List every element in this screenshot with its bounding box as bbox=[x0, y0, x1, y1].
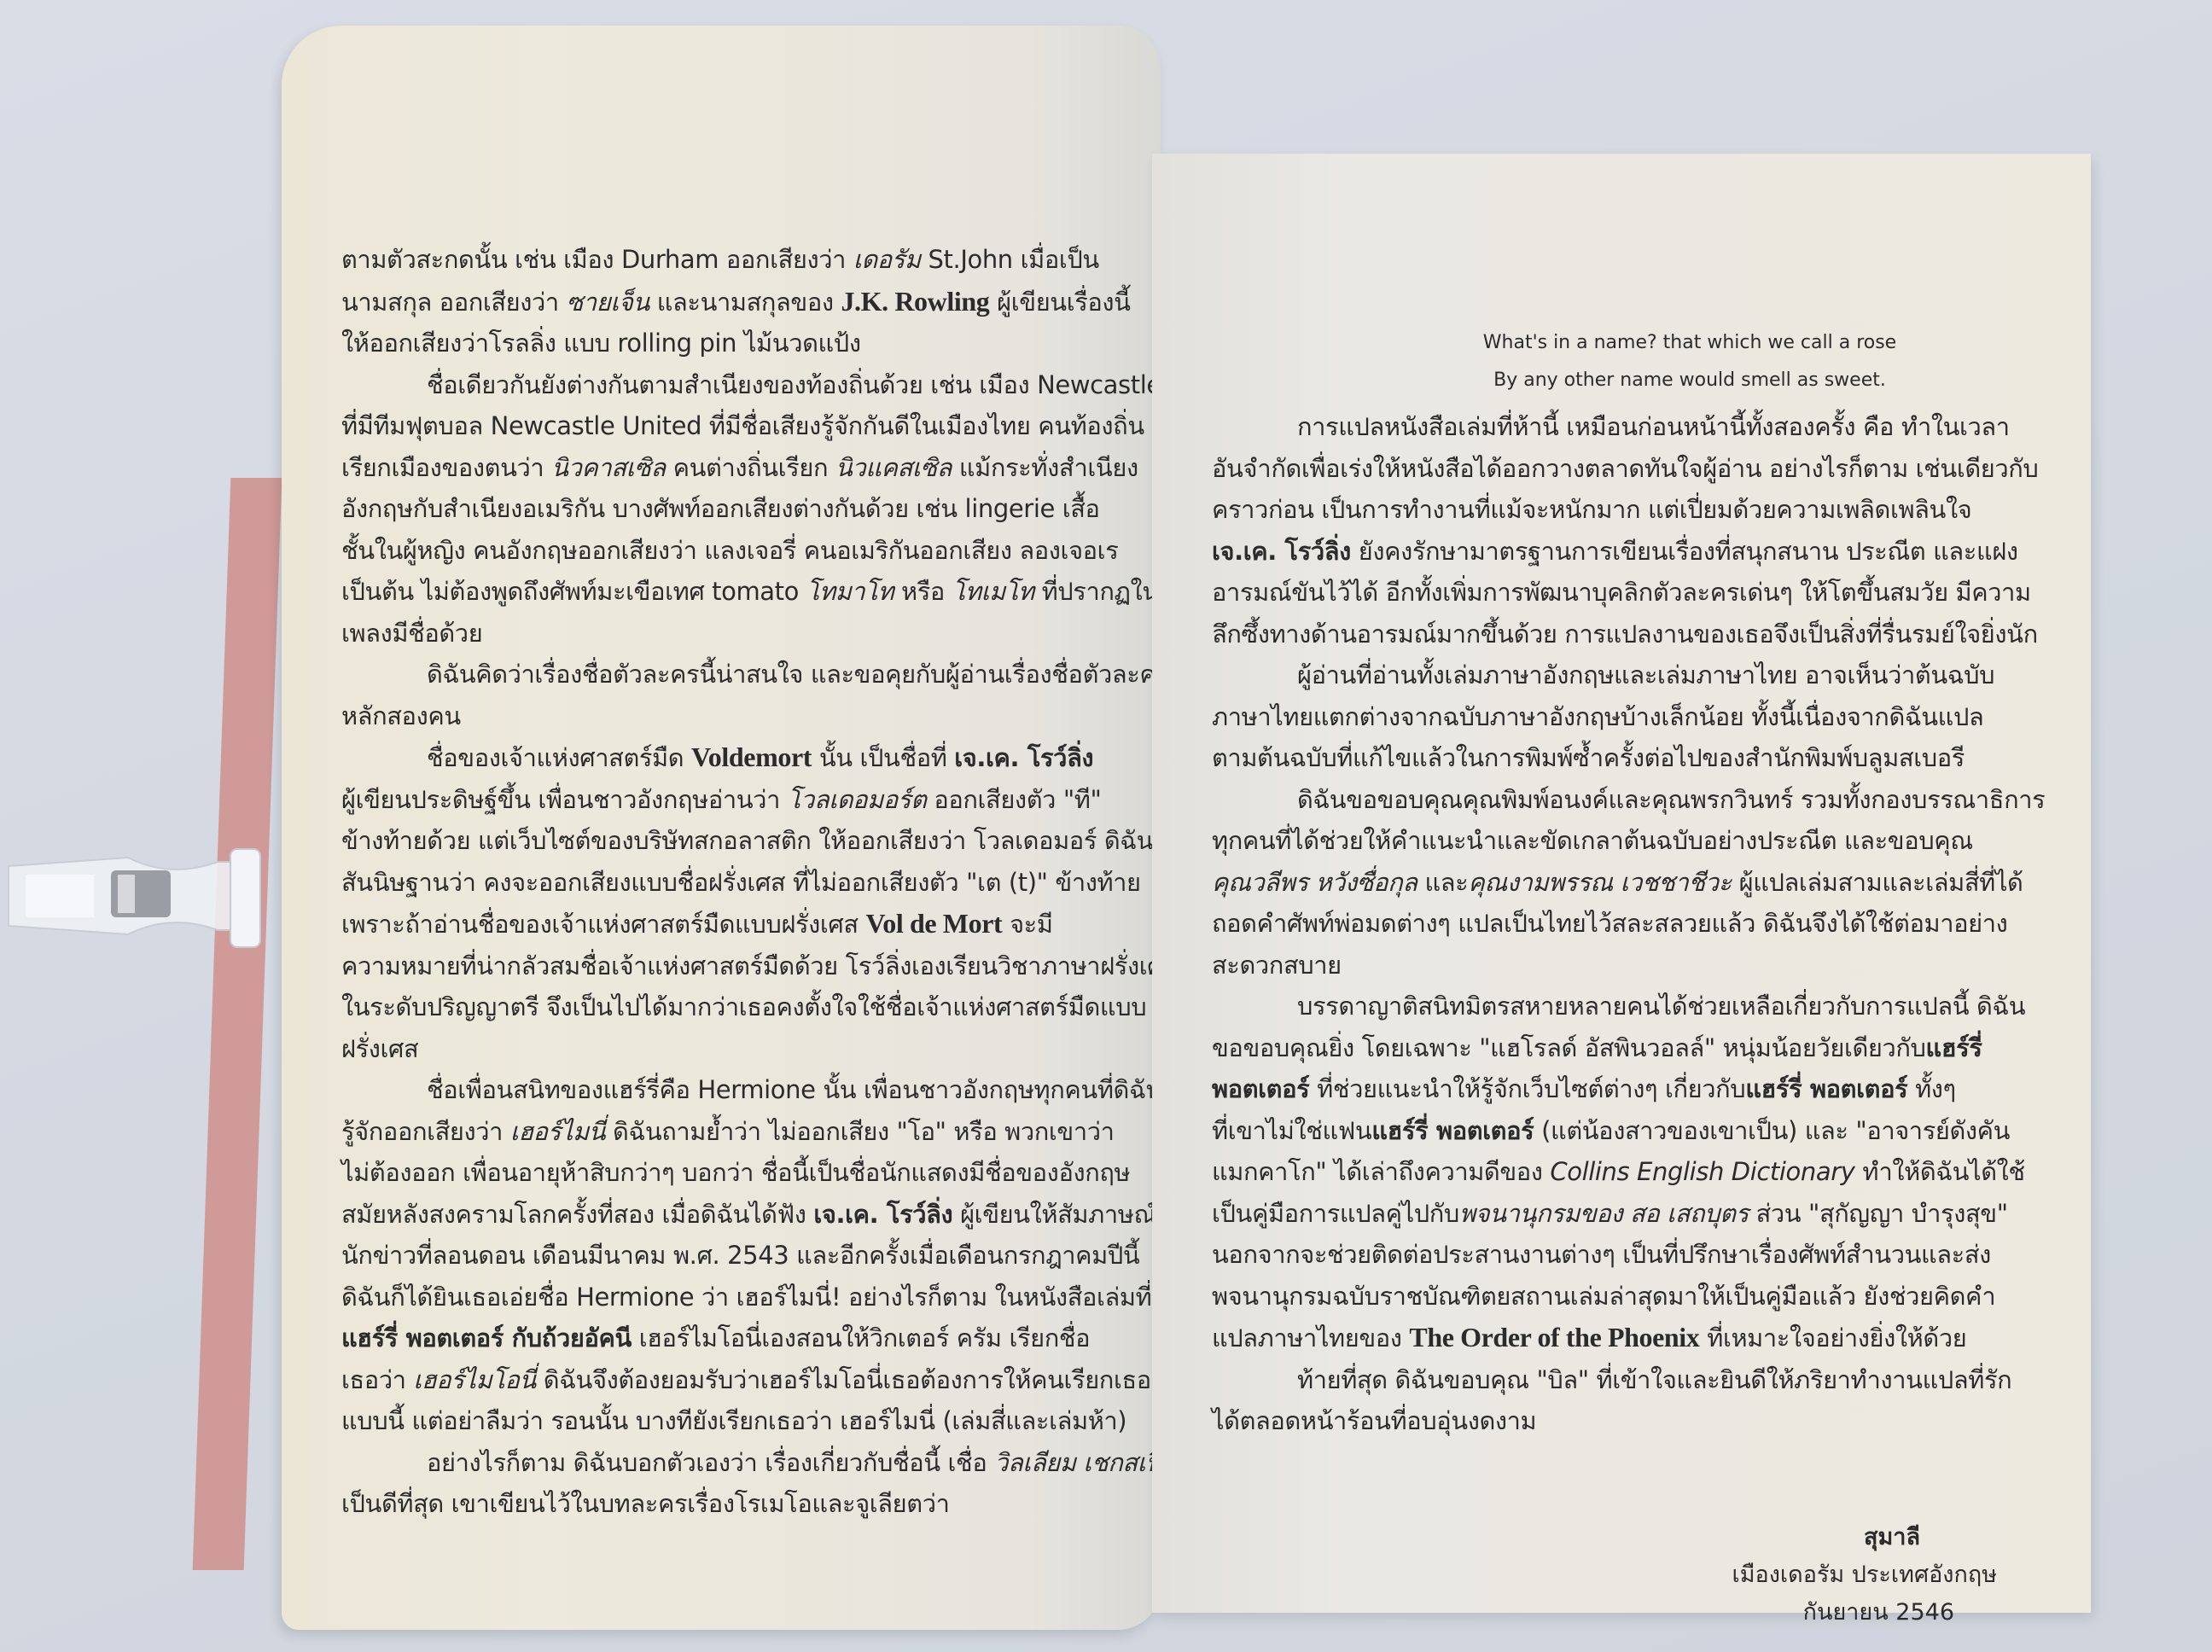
text-line: เป็นคู่มือการแปลคู่ไปกับพจนานุกรมของ สอ … bbox=[1212, 1193, 2048, 1235]
quote-line: By any other name would smell as sweet. bbox=[1212, 362, 2048, 399]
text-line: อันจำกัดเพื่อเร่งให้หนังสือได้ออกวางตลาด… bbox=[1212, 448, 2048, 490]
signature-place: เมืองเดอรัม ประเทศอังกฤษ bbox=[1212, 1556, 2048, 1594]
italic-term: ซายเจ็น bbox=[567, 288, 649, 317]
text-line: พอตเตอร์ ที่ช่วยแนะนำให้รู้จักเว็บไซต์ต่… bbox=[1212, 1068, 2048, 1110]
text-line: เธอว่า เฮอร์ไมโอนี่ ดิฉันจึงต้องยอมรับว่… bbox=[341, 1359, 1144, 1401]
text-line: ให้ออกเสียงว่าโรลลิ่ง แบบ rolling pin ไม… bbox=[341, 323, 1144, 364]
italic-term: คุณงามพรรณ เวชชาชีวะ bbox=[1468, 868, 1731, 897]
bold-name: เจ.เค. โรว์ลิ่ง bbox=[954, 743, 1093, 772]
right-page-text: การแปลหนังสือเล่มที่ห้านี้ เหมือนก่อนหน้… bbox=[1212, 406, 2048, 1442]
epigraph-quote: What's in a name? that which we call a r… bbox=[1212, 324, 2048, 399]
signature-block: สุมาลี เมืองเดอรัม ประเทศอังกฤษ กันยายน … bbox=[1212, 1519, 2048, 1632]
italic-term: Collins English Dictionary bbox=[1550, 1157, 1854, 1186]
italic-term: เดอรัม bbox=[853, 245, 921, 274]
text-line: ภาษาไทยแตกต่างจากฉบับภาษาอังกฤษบ้างเล็กน… bbox=[1212, 696, 2048, 738]
text-line: เจ.เค. โรว์ลิ่ง ยังคงรักษามาตรฐานการเขีย… bbox=[1212, 531, 2048, 573]
text-line: ที่มีทีมฟุตบอล Newcastle United ที่มีชื่… bbox=[341, 405, 1144, 447]
bold-name: เจ.เค. โรว์ลิ่ง bbox=[1212, 537, 1351, 566]
text-line: สมัยหลังสงครามโลกครั้งที่สอง เมื่อดิฉันไ… bbox=[341, 1194, 1144, 1236]
right-page: What's in a name? that which we call a r… bbox=[1152, 154, 2091, 1613]
text-line: อารมณ์ขันไว้ได้ อีกทั้งเพิ่มการพัฒนาบุคล… bbox=[1212, 572, 2048, 614]
text-line: เพลงมีชื่อด้วย bbox=[341, 613, 1144, 654]
text-line: พจนานุกรมฉบับราชบัณฑิตยสถานเล่มล่าสุดมาใ… bbox=[1212, 1276, 2048, 1318]
text-line: ตามตัวสะกดนั้น เช่น เมือง Durham ออกเสีย… bbox=[341, 239, 1144, 281]
text-line: ชื่อเดียวกันยังต่างกันตามสำเนียงของท้องถ… bbox=[341, 364, 1144, 406]
text-line: ถอดคำศัพท์พ่อมดต่างๆ แปลเป็นไทยไว้สละสลว… bbox=[1212, 903, 2048, 945]
text-line: ฝรั่งเศส bbox=[341, 1028, 1144, 1070]
text-line: ได้ตลอดหน้าร้อนที่อบอุ่นงดงาม bbox=[1212, 1400, 2048, 1442]
text-line: สะดวกสบาย bbox=[1212, 945, 2048, 986]
left-page-text: ตามตัวสะกดนั้น เช่น เมือง Durham ออกเสีย… bbox=[341, 239, 1144, 1525]
bold-name: แฮร์รี่ พอตเตอร์ กับถ้วยอัคนี bbox=[341, 1323, 632, 1352]
text-line: เป็นต้น ไม่ต้องพูดถึงศัพท์มะเขือเทศ toma… bbox=[341, 571, 1144, 613]
bold-latin-term: The Order of the Phoenix bbox=[1409, 1322, 1699, 1352]
left-page: ตามตัวสะกดนั้น เช่น เมือง Durham ออกเสีย… bbox=[282, 26, 1161, 1630]
text-line: แมกคาโก" ได้เล่าถึงความดีของ Collins Eng… bbox=[1212, 1151, 2048, 1193]
italic-term: เฮอร์ไมนี่ bbox=[510, 1117, 605, 1146]
italic-term: โวลเดอมอร์ต bbox=[788, 785, 927, 814]
italic-term: นิวแคสเซิล bbox=[835, 453, 952, 482]
italic-term: พจนานุกรมของ สอ เสถบุตร bbox=[1459, 1199, 1749, 1228]
text-line: ลึกซึ้งทางด้านอารมณ์มากขึ้นด้วย การแปลงา… bbox=[1212, 614, 2048, 655]
text-line: ที่เขาไม่ใช่แฟนแฮร์รี่ พอตเตอร์ (แต่น้อง… bbox=[1212, 1110, 2048, 1152]
text-line: ความหมายที่น่ากลัวสมชื่อเจ้าแห่งศาสตร์มื… bbox=[341, 945, 1144, 987]
signature-date: กันยายน 2546 bbox=[1212, 1594, 2048, 1632]
text-line: ตามต้นฉบับที่แก้ไขแล้วในการพิมพ์ซ้ำครั้ง… bbox=[1212, 737, 2048, 779]
text-line: ดิฉันคิดว่าเรื่องชื่อตัวละครนี้น่าสนใจ แ… bbox=[341, 654, 1144, 695]
text-line: แฮร์รี่ พอตเตอร์ กับถ้วยอัคนี เฮอร์ไมโอน… bbox=[341, 1318, 1144, 1359]
text-line: นักข่าวที่ลอนดอน เดือนมีนาคม พ.ศ. 2543 แ… bbox=[341, 1235, 1144, 1277]
text-line: ขอขอบคุณยิ่ง โดยเฉพาะ "แฮโรลด์ อัสพินวอล… bbox=[1212, 1027, 2048, 1069]
text-line: เพราะถ้าอ่านชื่อของเจ้าแห่งศาสตร์มืดแบบฝ… bbox=[341, 903, 1144, 945]
text-line: การแปลหนังสือเล่มที่ห้านี้ เหมือนก่อนหน้… bbox=[1212, 406, 2048, 448]
text-line: เป็นดีที่สุด เขาเขียนไว้ในบทละครเรื่องโร… bbox=[341, 1483, 1144, 1525]
text-line: ทุกคนที่ได้ช่วยให้คำแนะนำและขัดเกลาต้นฉบ… bbox=[1212, 820, 2048, 862]
quote-line: What's in a name? that which we call a r… bbox=[1212, 324, 2048, 362]
binder-clip-icon bbox=[0, 832, 282, 960]
text-line: ผู้เขียนประดิษฐ์ขึ้น เพื่อนชาวอังกฤษอ่าน… bbox=[341, 779, 1144, 821]
bold-name: พอตเตอร์ bbox=[1212, 1074, 1309, 1103]
bold-name: เจ.เค. โรว์ลิ่ง bbox=[813, 1200, 952, 1229]
text-line: คราวก่อน เป็นการทำงานที่แม้จะหนักมาก แต่… bbox=[1212, 489, 2048, 531]
text-line: ดิฉันก็ได้ยินเธอเอ่ยชื่อ Hermione ว่า เฮ… bbox=[341, 1277, 1144, 1318]
italic-term: โทมาโท bbox=[806, 577, 894, 606]
text-line: แบบนี้ แต่อย่าลืมว่า รอนนั้น บางทียังเรี… bbox=[341, 1400, 1144, 1442]
italic-term: เฮอร์ไมโอนี่ bbox=[413, 1365, 536, 1394]
italic-term: โทเมโท bbox=[952, 577, 1034, 606]
text-line: นอกจากจะช่วยติดต่อประสานงานต่างๆ เป็นที่… bbox=[1212, 1234, 2048, 1276]
bold-latin-term: Vol de Mort bbox=[866, 908, 1003, 939]
text-line: ในระดับปริญญาตรี จึงเป็นไปได้มากว่าเธอคง… bbox=[341, 986, 1144, 1028]
italic-term: คุณวลีพร หวังซื่อกุล bbox=[1212, 868, 1417, 897]
text-line: แปลภาษาไทยของ The Order of the Phoenix ท… bbox=[1212, 1317, 2048, 1359]
text-line: รู้จักออกเสียงว่า เฮอร์ไมนี่ ดิฉันถามย้ำ… bbox=[341, 1111, 1144, 1153]
text-line: ชั้นในผู้หญิง คนอังกฤษออกเสียงว่า แลงเจอ… bbox=[341, 530, 1144, 572]
text-line: ผู้อ่านที่อ่านทั้งเล่มภาษาอังกฤษและเล่มภ… bbox=[1212, 654, 2048, 696]
text-line: คุณวลีพร หวังซื่อกุล และคุณงามพรรณ เวชชา… bbox=[1212, 862, 2048, 904]
bold-name: แฮร์รี่ bbox=[1926, 1033, 1982, 1062]
text-line: ชื่อของเจ้าแห่งศาสตร์มืด Voldemort นั้น … bbox=[341, 736, 1144, 779]
text-line: ข้างท้ายด้วย แต่เว็บไซต์ของบริษัทสกอลาสต… bbox=[341, 820, 1144, 862]
text-line: ไม่ต้องออก เพื่อนอายุห้าสิบกว่าๆ บอกว่า … bbox=[341, 1152, 1144, 1194]
bold-name: แฮร์รี่ พอตเตอร์ bbox=[1371, 1116, 1534, 1145]
text-line: ชื่อเพื่อนสนิทของแฮร์รี่คือ Hermione นั้… bbox=[341, 1069, 1144, 1111]
italic-term: นิวคาสเซิล bbox=[551, 453, 666, 482]
text-line: อย่างไรก็ตาม ดิฉันบอกตัวเองว่า เรื่องเกี… bbox=[341, 1442, 1144, 1484]
text-line: นามสกุล ออกเสียงว่า ซายเจ็น และนามสกุลขอ… bbox=[341, 281, 1144, 323]
bold-latin-term: J.K. Rowling bbox=[841, 286, 989, 317]
book-cover-edge bbox=[193, 478, 282, 1570]
text-line: ดิฉันขอขอบคุณคุณพิมพ์อนงค์และคุณพรกวินทร… bbox=[1212, 779, 2048, 821]
signature-name: สุมาลี bbox=[1212, 1519, 2048, 1556]
text-line: ท้ายที่สุด ดิฉันขอบคุณ "บิล" ที่เข้าใจแล… bbox=[1212, 1359, 2048, 1401]
text-line: หลักสองคน bbox=[341, 695, 1144, 737]
bold-name: แฮร์รี่ พอตเตอร์ bbox=[1745, 1074, 1907, 1103]
text-line: อังกฤษกับสำเนียงอเมริกัน บางศัพท์ออกเสีย… bbox=[341, 488, 1144, 530]
text-line: สันนิษฐานว่า คงจะออกเสียงแบบชื่อฝรั่งเศส… bbox=[341, 862, 1144, 904]
bold-latin-term: Voldemort bbox=[691, 742, 812, 772]
text-line: บรรดาญาติสนิทมิตรสหายหลายคนได้ช่วยเหลือเ… bbox=[1212, 986, 2048, 1027]
text-line: เรียกเมืองของตนว่า นิวคาสเซิล คนต่างถิ่น… bbox=[341, 447, 1144, 489]
